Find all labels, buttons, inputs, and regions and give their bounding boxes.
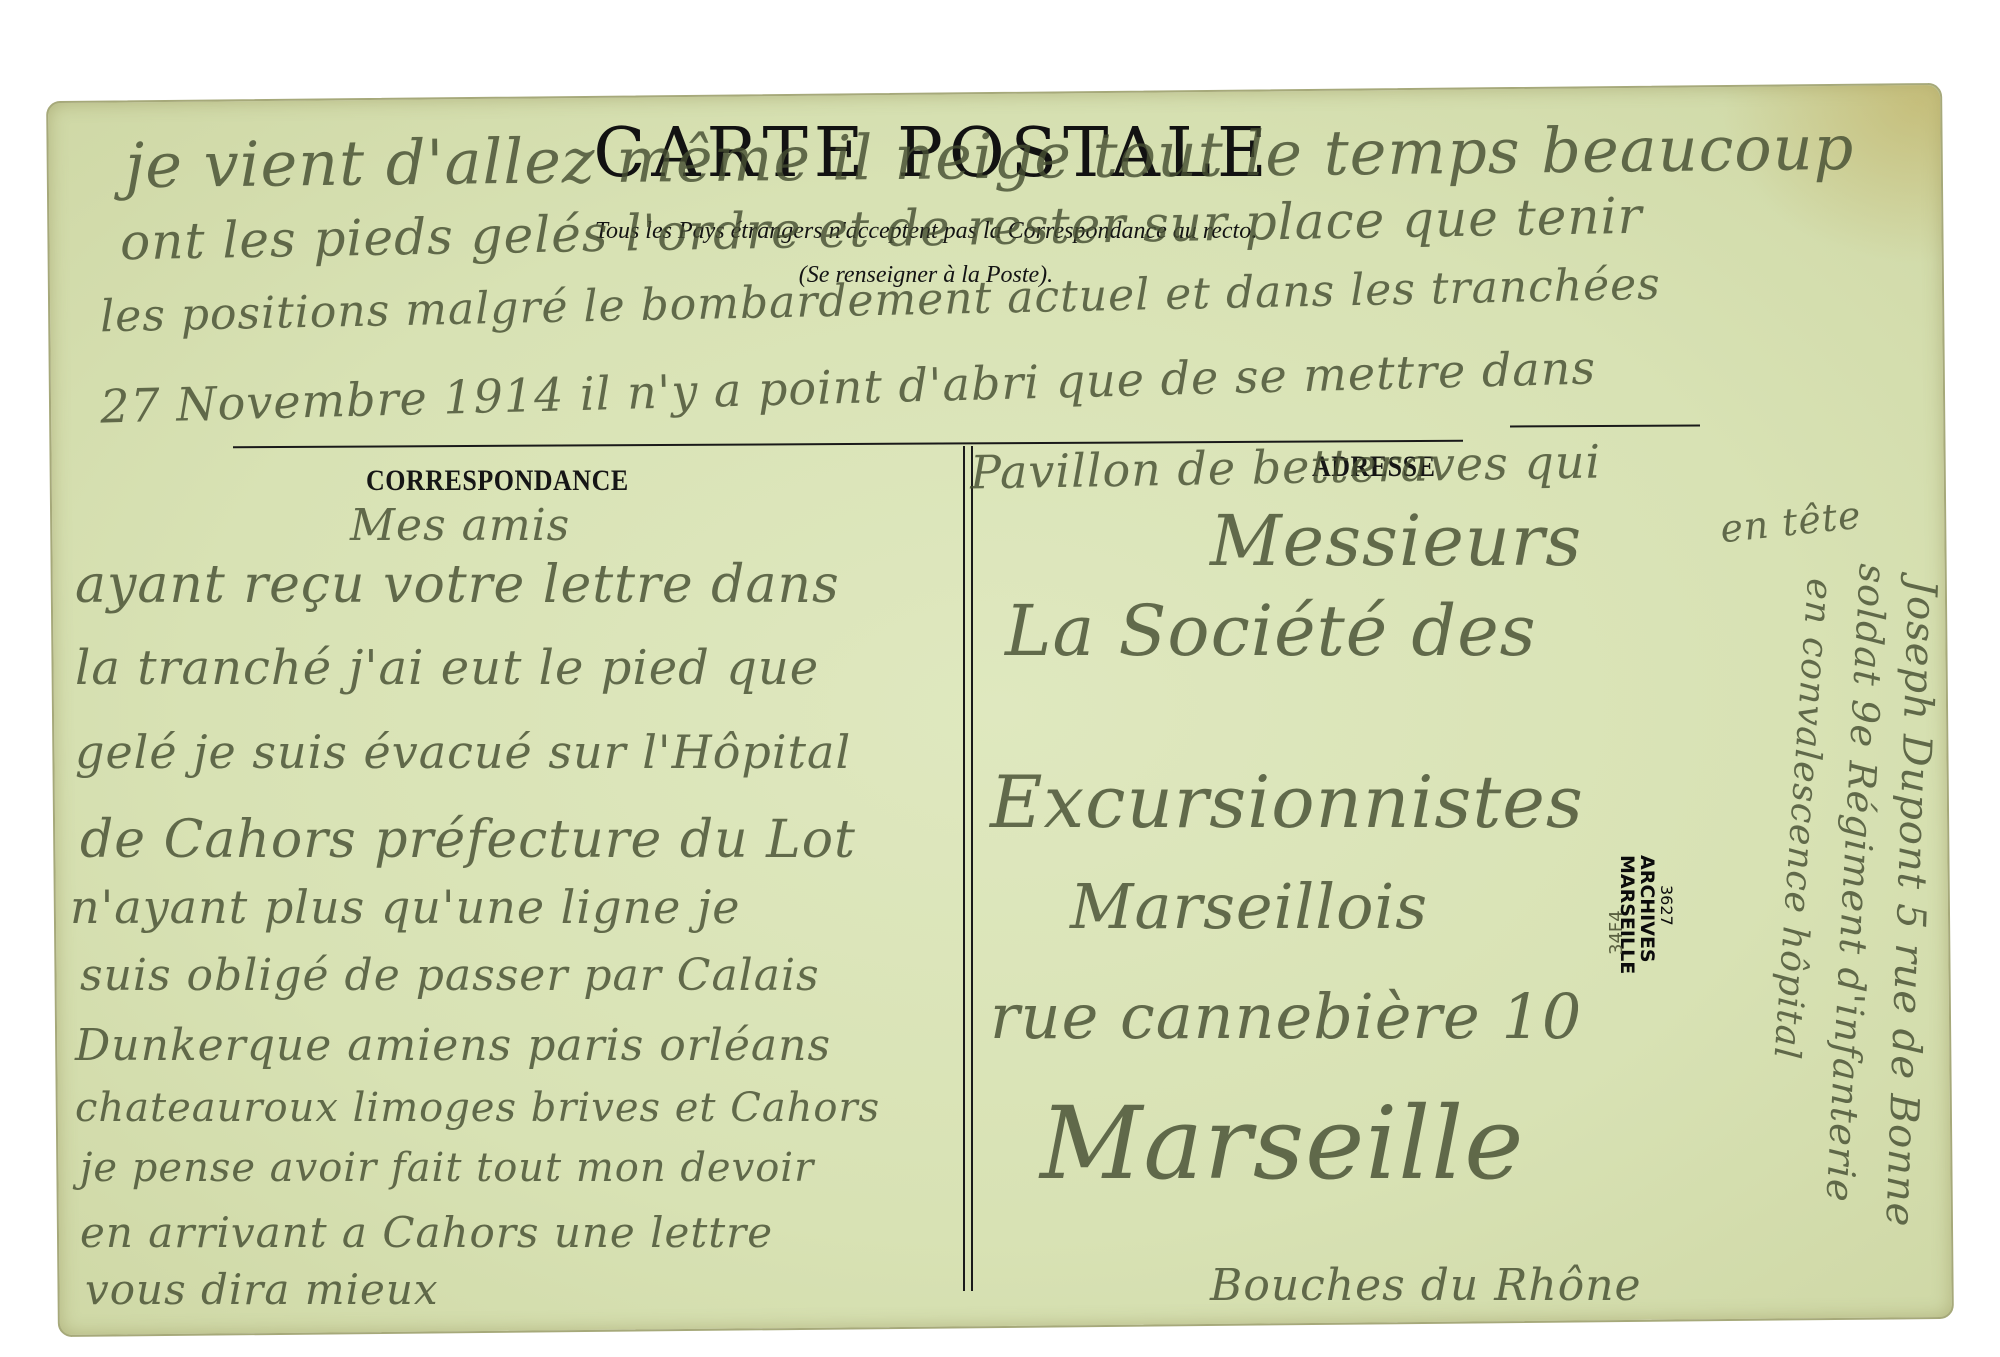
address-line-3: Excursionnistes: [990, 760, 1584, 844]
handwriting-corr-line-4: gelé je suis évacué sur l'Hôpital: [75, 725, 851, 779]
handwriting-corr-line-5: de Cahors préfecture du Lot: [80, 810, 856, 870]
handwriting-corr-line-11: en arrivant a Cahors une lettre: [80, 1208, 773, 1257]
stamp-pencil-number: 34F4: [1606, 910, 1627, 955]
handwriting-corr-line-8: Dunkerque amiens paris orléans: [75, 1020, 831, 1071]
handwriting-corr-line-1: Mes amis: [350, 500, 570, 551]
handwriting-corr-line-9: chateauroux limoges brives et Cahors: [75, 1085, 880, 1131]
handwriting-corr-line-10: je pense avoir fait tout mon devoir: [80, 1145, 814, 1191]
handwriting-corr-line-7: suis obligé de passer par Calais: [80, 950, 820, 1001]
handwriting-corr-line-12: vous dira mieux: [85, 1265, 439, 1314]
archive-stamp: ARCHIVES MARSEILLE 3627 34F4: [1608, 855, 1678, 985]
divider-vertical-b: [971, 446, 973, 1291]
handwriting-corr-line-2: ayant reçu votre lettre dans: [75, 555, 840, 615]
address-line-7: Bouches du Rhône: [1210, 1260, 1642, 1311]
address-line-4: Marseillois: [1070, 870, 1428, 943]
handwriting-top-line-5: Pavillon de betteraves qui: [970, 434, 1602, 499]
address-line-5: rue cannebière 10: [990, 980, 1582, 1053]
correspondance-label: CORRESPONDANCE: [366, 464, 629, 499]
stamp-archives: ARCHIVES: [1636, 855, 1658, 963]
address-line-1: Messieurs: [1210, 500, 1582, 582]
handwriting-corr-line-3: la tranché j'ai eut le pied que: [75, 640, 819, 696]
address-line-2: La Société des: [1005, 590, 1537, 672]
stamp-number: 3627: [1657, 885, 1676, 926]
divider-vertical-a: [963, 446, 965, 1291]
address-line-6: Marseille: [1040, 1085, 1524, 1202]
handwriting-corr-line-6: n'ayant plus qu'une ligne je: [70, 880, 741, 934]
